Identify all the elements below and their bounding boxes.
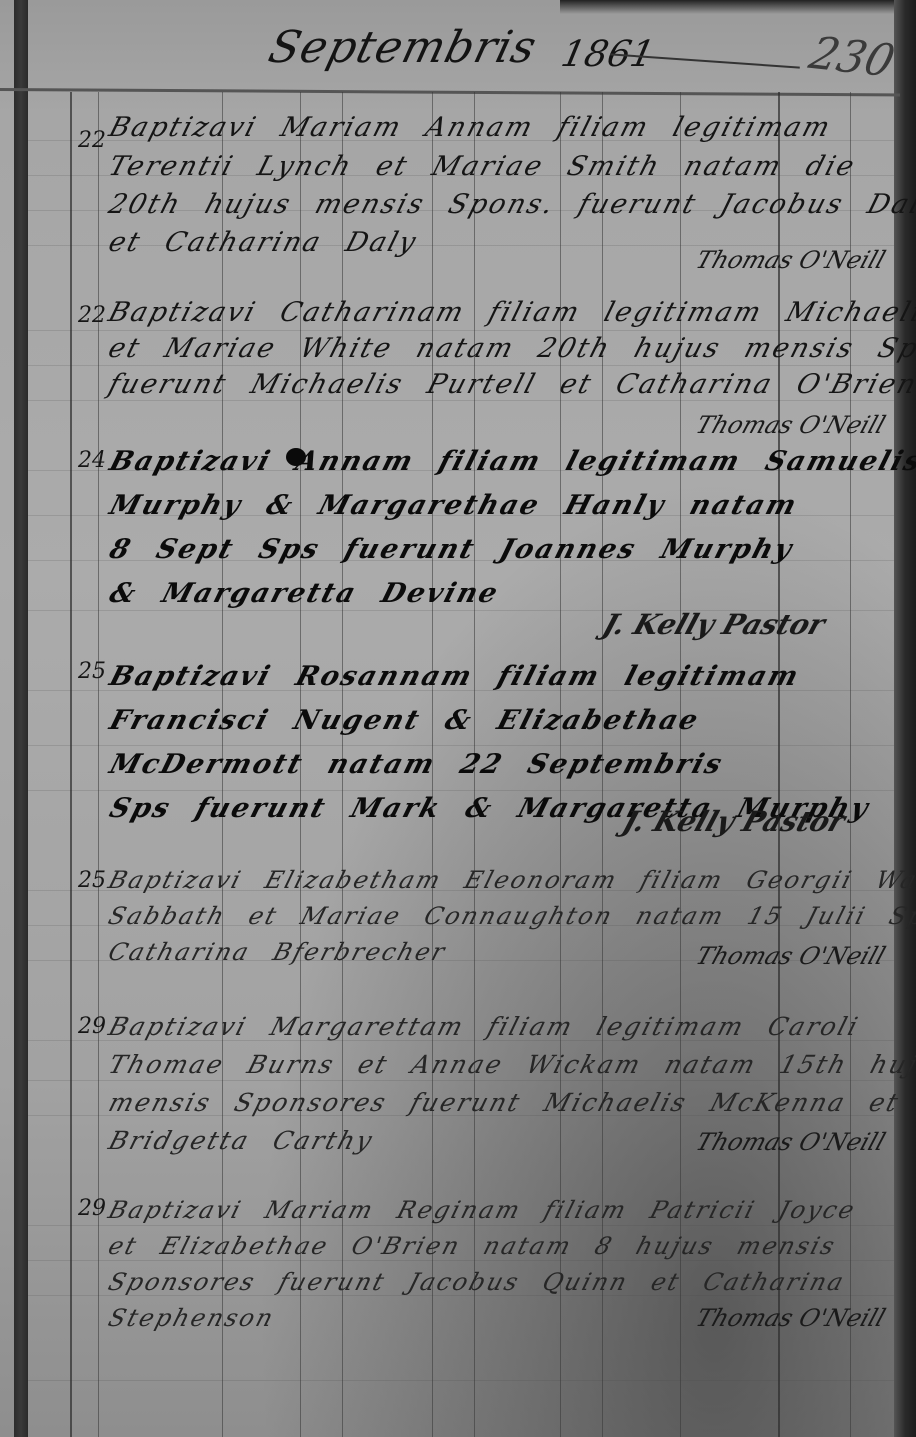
register-entry: 22 Baptizavi Catharinam filiam legitimam… xyxy=(74,295,894,445)
entry-line: Baptizavi Margarettam filiam legitimam C… xyxy=(104,1008,901,1046)
register-entry: 29 Baptizavi Margarettam filiam legitima… xyxy=(74,1008,894,1178)
entry-line: Sponsores fuerunt Jacobus Quinn et Catha… xyxy=(104,1264,900,1300)
entry-line: Thomae Burns et Annae Wickam natam 15th … xyxy=(104,1046,901,1084)
entry-line: 8 Sept Sps fuerunt Joannes Murphy xyxy=(104,528,903,572)
entry-line: Baptizavi Rosannam filiam legitimam xyxy=(104,655,903,699)
entry-signature: Thomas O'Neill xyxy=(692,1128,889,1156)
entry-signature: Thomas O'Neill xyxy=(692,942,889,970)
register-entry: 22 Baptizavi Mariam Annam filiam legitim… xyxy=(74,108,894,288)
entry-line: Baptizavi Annam filiam legitimam Samueli… xyxy=(104,440,903,484)
entry-line: Baptizavi Mariam Reginam filiam Patricii… xyxy=(104,1192,900,1228)
header-month: Septembris xyxy=(264,22,542,73)
entry-text: Baptizavi Mariam Annam filiam legitimam … xyxy=(104,108,890,262)
page-header: Septembris 1861 xyxy=(250,8,670,88)
header-rule xyxy=(0,88,900,96)
entry-line: McDermott natam 22 Septembris xyxy=(104,743,903,787)
entry-day: 24 xyxy=(78,448,106,473)
book-binding xyxy=(14,0,28,1437)
ruled-line xyxy=(28,1380,894,1381)
entry-text: Baptizavi Annam filiam legitimam Samueli… xyxy=(104,440,890,616)
entry-line: Baptizavi Elizabetham Eleonoram filiam G… xyxy=(104,862,900,898)
column-rule xyxy=(70,92,72,1437)
entry-signature: J. Kelly Pastor xyxy=(619,805,850,838)
register-entry: 25 Baptizavi Rosannam filiam legitimam F… xyxy=(74,655,894,855)
entry-day: 29 xyxy=(78,1014,106,1039)
entry-day: 29 xyxy=(78,1196,106,1221)
register-entry: 24 Baptizavi Annam filiam legitimam Samu… xyxy=(74,440,894,660)
entry-line: et Mariae White natam 20th hujus mensis … xyxy=(104,331,900,367)
entry-line: Baptizavi Mariam Annam filiam legitimam xyxy=(104,108,901,148)
entry-line: Terentii Lynch et Mariae Smith natam die xyxy=(104,148,901,186)
entry-signature: Thomas O'Neill xyxy=(692,1304,889,1332)
entry-day: 22 xyxy=(78,128,106,153)
entry-signature: Thomas O'Neill xyxy=(692,411,889,439)
ink-blot xyxy=(286,448,306,466)
header-year: 1861 xyxy=(558,34,658,75)
register-entry: 29 Baptizavi Mariam Reginam filiam Patri… xyxy=(74,1192,894,1352)
entry-line: Baptizavi Catharinam filiam legitimam Mi… xyxy=(104,295,900,331)
entry-line: Francisci Nugent & Elizabethae xyxy=(104,699,903,743)
page-number: 230 xyxy=(804,28,900,87)
entry-text: Baptizavi Catharinam filiam legitimam Mi… xyxy=(104,295,890,403)
entry-signature: J. Kelly Pastor xyxy=(599,608,830,641)
entry-line: et Elizabethae O'Brien natam 8 hujus men… xyxy=(104,1228,900,1264)
entry-line: mensis Sponsores fuerunt Michaelis McKen… xyxy=(104,1084,901,1122)
entry-day: 25 xyxy=(78,659,106,684)
entry-day: 22 xyxy=(78,303,106,328)
entry-line: Murphy & Margarethae Hanly natam xyxy=(104,484,903,528)
entry-signature: Thomas O'Neill xyxy=(692,246,889,274)
entry-line: fuerunt Michaelis Purtell et Catharina O… xyxy=(104,367,900,403)
entry-day: 25 xyxy=(78,868,106,893)
entry-line: Sabbath et Mariae Connaughton natam 15 J… xyxy=(104,898,900,934)
register-page: Septembris 1861 230 22 Baptizavi Mariam … xyxy=(0,0,916,1437)
register-entry: 25 Baptizavi Elizabetham Eleonoram filia… xyxy=(74,862,894,982)
entry-line: 20th hujus mensis Spons. fuerunt Jacobus… xyxy=(104,186,901,224)
